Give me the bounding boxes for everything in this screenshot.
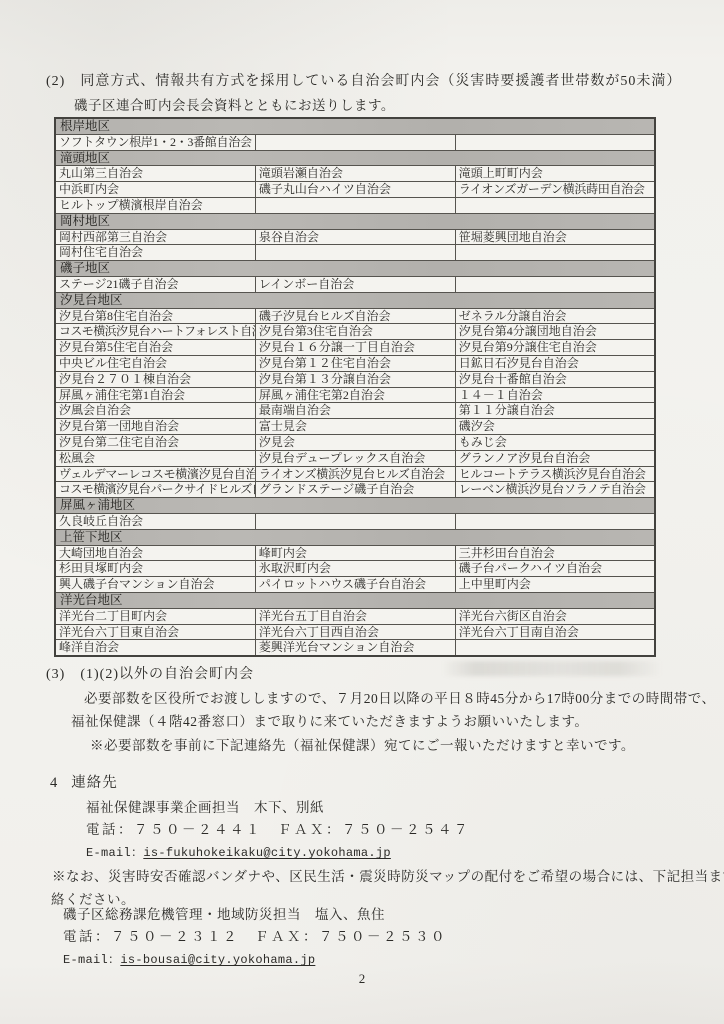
empty-cell xyxy=(455,134,655,150)
association-cell: 日鉱日石汐見台自治会 xyxy=(455,355,655,371)
table-row: 汐風会自治会最南端自治会第１１分譲自治会 xyxy=(55,403,655,419)
association-cell: 第１１分譲自治会 xyxy=(455,403,655,419)
association-cell: 峰町内会 xyxy=(255,545,455,561)
association-cell: もみじ会 xyxy=(455,434,655,450)
association-cell: 磯汐会 xyxy=(455,419,655,435)
association-cell: １４－１自治会 xyxy=(455,387,655,403)
association-cell: 汐見台第１２住宅自治会 xyxy=(255,355,455,371)
section3-body-line1: 必要部数を区役所でお渡ししますので、７月20日以降の平日８時45分から17時00… xyxy=(84,690,715,708)
district-header-cell: 洋光台地区 xyxy=(55,592,655,608)
association-cell: 杉田貝塚町内会 xyxy=(55,561,255,577)
table-row: 興人磯子台マンション自治会パイロットハウス磯子台自治会上中里町内会 xyxy=(55,577,655,593)
table-row: 汐見台第二住宅自治会汐見会もみじ会 xyxy=(55,434,655,450)
association-cell: 富士見会 xyxy=(255,419,455,435)
association-cell: 上中里町内会 xyxy=(455,577,655,593)
page-number: 2 xyxy=(0,971,724,987)
association-cell: 岡村住宅自治会 xyxy=(55,245,255,261)
district-header-cell: 上笹下地区 xyxy=(55,529,655,545)
association-cell: 汐見会 xyxy=(255,434,455,450)
district-header-row: 屏風ヶ浦地区 xyxy=(55,498,655,514)
table-row: 汐見台第一団地自治会富士見会磯汐会 xyxy=(55,419,655,435)
district-header-cell: 磯子地区 xyxy=(55,261,655,277)
association-cell: 磯子汐見台ヒルズ自治会 xyxy=(255,308,455,324)
section2-subheading: 磯子区連合町内会長会資料とともにお送りします。 xyxy=(74,97,395,115)
association-cell: 久良岐丘自治会 xyxy=(55,513,255,529)
association-cell: 洋光台六街区自治会 xyxy=(455,608,655,624)
section4-title: 連絡先 xyxy=(71,775,118,791)
association-cell: ヴェルデマーレコスモ横濱汐見台自治会 xyxy=(55,466,255,482)
association-cell: 汐見台第一団地自治会 xyxy=(55,419,255,435)
association-cell: 汐見台デュープレックス自治会 xyxy=(255,450,455,466)
district-header-row: 岡村地区 xyxy=(55,213,655,229)
association-cell: パイロットハウス磯子台自治会 xyxy=(255,577,455,593)
association-cell: グランドステージ磯子自治会 xyxy=(255,482,455,498)
association-cell: 汐見台２７０１棟自治会 xyxy=(55,371,255,387)
association-cell: ゼネラル分譲自治会 xyxy=(455,308,655,324)
association-cell: ライオンズ横浜汐見台ヒルズ自治会 xyxy=(255,466,455,482)
table-row: コスモ横濱汐見台パークサイドヒルズ自治会グランドステージ磯子自治会レーベン横浜汐… xyxy=(55,482,655,498)
section2-label: (2) xyxy=(46,74,65,89)
association-cell: 汐見台十番館自治会 xyxy=(455,371,655,387)
association-cell: 洋光台五丁目自治会 xyxy=(255,608,455,624)
association-cell: ステージ21磯子自治会 xyxy=(55,276,255,292)
scan-bleedthrough-artifact xyxy=(442,661,662,676)
association-cell: 汐見台第１３分譲自治会 xyxy=(255,371,455,387)
association-cell: 汐見台第4分譲団地自治会 xyxy=(455,324,655,340)
table-row: 屏風ヶ浦住宅第1自治会屏風ヶ浦住宅第2自治会１４－１自治会 xyxy=(55,387,655,403)
section3-heading-line: (3)(1)(2)以外の自治会町内会 xyxy=(46,666,254,684)
contact2-email-line: E-mail：is-bousai@city.yokohama.jp xyxy=(63,951,315,969)
table-row: 洋光台二丁目町内会洋光台五丁目自治会洋光台六街区自治会 xyxy=(55,608,655,624)
association-cell: 中浜町内会 xyxy=(55,182,255,198)
district-header-row: 根岸地区 xyxy=(55,118,655,134)
association-cell: 最南端自治会 xyxy=(255,403,455,419)
empty-cell xyxy=(455,245,655,261)
contact2-email-label: E-mail： xyxy=(63,953,120,967)
jichikai-table: 根岸地区ソフトタウン根岸1・2・3番館自治会滝頭地区丸山第三自治会滝頭岩瀬自治会… xyxy=(54,117,656,657)
association-cell: 汐見台第3住宅自治会 xyxy=(255,324,455,340)
association-cell: 汐見台第二住宅自治会 xyxy=(55,434,255,450)
table-row: ステージ21磯子自治会レインボー自治会 xyxy=(55,276,655,292)
table-row: 久良岐丘自治会 xyxy=(55,513,655,529)
district-header-row: 上笹下地区 xyxy=(55,529,655,545)
contact1-phone-fax: 電話：７５０－２４４１ ＦＡＸ：７５０－２５４７ xyxy=(86,821,470,839)
table-row: 松風会汐見台デュープレックス自治会グランノア汐見台自治会 xyxy=(55,450,655,466)
association-cell: 松風会 xyxy=(55,450,255,466)
district-header-cell: 汐見台地区 xyxy=(55,292,655,308)
district-header-row: 滝頭地区 xyxy=(55,150,655,166)
association-cell: 菱興洋光台マンション自治会 xyxy=(255,640,455,656)
association-cell: 泉谷自治会 xyxy=(255,229,455,245)
association-cell: ソフトタウン根岸1・2・3番館自治会 xyxy=(55,134,255,150)
table-row: 洋光台六丁目東自治会洋光台六丁目西自治会洋光台六丁目南自治会 xyxy=(55,624,655,640)
association-cell: 氷取沢町内会 xyxy=(255,561,455,577)
association-cell: ライオンズガーデン横浜蒔田自治会 xyxy=(455,182,655,198)
empty-cell xyxy=(255,197,455,213)
association-cell: 三井杉田台自治会 xyxy=(455,545,655,561)
empty-cell xyxy=(455,640,655,656)
association-cell: レーベン横浜汐見台ソラノテ自治会 xyxy=(455,482,655,498)
section4-heading-line: 4連絡先 xyxy=(50,774,118,792)
district-header-row: 磯子地区 xyxy=(55,261,655,277)
association-cell: 洋光台六丁目東自治会 xyxy=(55,624,255,640)
empty-cell xyxy=(255,134,455,150)
association-cell: コスモ横浜汐見台ハートフォレスト自治会 xyxy=(55,324,255,340)
table-row: 汐見台２７０１棟自治会汐見台第１３分譲自治会汐見台十番館自治会 xyxy=(55,371,655,387)
table-row: コスモ横浜汐見台ハートフォレスト自治会汐見台第3住宅自治会汐見台第4分譲団地自治… xyxy=(55,324,655,340)
contact1-email-label: E-mail： xyxy=(86,846,143,860)
contact1-email-line: E-mail：is-fukuhokeikaku@city.yokohama.jp xyxy=(86,844,391,862)
section4-note-line1: ※なお、災害時安否確認バンダナや、区民生活・震災時防災マップの配付をご希望の場合… xyxy=(52,868,724,886)
contact1-email-link[interactable]: is-fukuhokeikaku@city.yokohama.jp xyxy=(143,846,391,860)
contact2-email-link[interactable]: is-bousai@city.yokohama.jp xyxy=(120,953,315,967)
table-row: 汐見台第8住宅自治会磯子汐見台ヒルズ自治会ゼネラル分譲自治会 xyxy=(55,308,655,324)
association-cell: 笹堀菱興団地自治会 xyxy=(455,229,655,245)
contact1-department: 福祉保健課事業企画担当 木下、別紙 xyxy=(86,799,324,817)
section3-body-line2: 福祉保健課（４階42番窓口）まで取りに来ていただきますようお願いいたします。 xyxy=(71,713,588,731)
district-header-cell: 滝頭地区 xyxy=(55,150,655,166)
association-cell: 滝頭上町町内会 xyxy=(455,166,655,182)
contact2-department: 磯子区総務課危機管理・地域防災担当 塩入、魚住 xyxy=(63,906,385,924)
contact2-phone-fax: 電話：７５０－２３１２ ＦＡＸ：７５０－２５３０ xyxy=(63,928,447,946)
district-header-row: 汐見台地区 xyxy=(55,292,655,308)
association-cell: 磯子丸山台ハイツ自治会 xyxy=(255,182,455,198)
section3-note: ※必要部数を事前に下記連絡先（福祉保健課）宛てにご一報いただけますと幸いです。 xyxy=(90,737,635,755)
association-cell: 滝頭岩瀬自治会 xyxy=(255,166,455,182)
section3-label: (3) xyxy=(46,667,65,682)
table-row: 汐見台第5住宅自治会汐見台１６分譲一丁目自治会汐見台第9分譲住宅自治会 xyxy=(55,340,655,356)
association-cell: グランノア汐見台自治会 xyxy=(455,450,655,466)
association-cell: 汐見台第8住宅自治会 xyxy=(55,308,255,324)
section3-heading: (1)(2)以外の自治会町内会 xyxy=(80,667,254,682)
empty-cell xyxy=(255,513,455,529)
section2-heading: 同意方式、情報共有方式を採用している自治会町内会（災害時要援護者世帯数が50未満… xyxy=(80,74,681,89)
table-row: ヒルトップ横濱根岸自治会 xyxy=(55,197,655,213)
association-cell: レインボー自治会 xyxy=(255,276,455,292)
empty-cell xyxy=(455,276,655,292)
district-header-cell: 屏風ヶ浦地区 xyxy=(55,498,655,514)
empty-cell xyxy=(255,245,455,261)
table-row: 丸山第三自治会滝頭岩瀬自治会滝頭上町町内会 xyxy=(55,166,655,182)
district-header-cell: 岡村地区 xyxy=(55,213,655,229)
association-cell: 屏風ヶ浦住宅第1自治会 xyxy=(55,387,255,403)
association-cell: 峰洋自治会 xyxy=(55,640,255,656)
table-row: 中浜町内会磯子丸山台ハイツ自治会ライオンズガーデン横浜蒔田自治会 xyxy=(55,182,655,198)
association-cell: 興人磯子台マンション自治会 xyxy=(55,577,255,593)
association-cell: 汐見台１６分譲一丁目自治会 xyxy=(255,340,455,356)
table-row: 中央ビル住宅自治会汐見台第１２住宅自治会日鉱日石汐見台自治会 xyxy=(55,355,655,371)
association-cell: 汐見台第9分譲住宅自治会 xyxy=(455,340,655,356)
association-cell: 中央ビル住宅自治会 xyxy=(55,355,255,371)
association-cell: 丸山第三自治会 xyxy=(55,166,255,182)
table-row: 大崎団地自治会峰町内会三井杉田台自治会 xyxy=(55,545,655,561)
table-row: 杉田貝塚町内会氷取沢町内会磯子台パークハイツ自治会 xyxy=(55,561,655,577)
association-cell: 岡村西部第三自治会 xyxy=(55,229,255,245)
association-cell: 洋光台六丁目南自治会 xyxy=(455,624,655,640)
association-cell: 屏風ヶ浦住宅第2自治会 xyxy=(255,387,455,403)
table-row: 岡村西部第三自治会泉谷自治会笹堀菱興団地自治会 xyxy=(55,229,655,245)
table-row: ソフトタウン根岸1・2・3番館自治会 xyxy=(55,134,655,150)
association-cell: 洋光台二丁目町内会 xyxy=(55,608,255,624)
association-cell: 洋光台六丁目西自治会 xyxy=(255,624,455,640)
district-header-cell: 根岸地区 xyxy=(55,118,655,134)
empty-cell xyxy=(455,513,655,529)
table-row: 峰洋自治会菱興洋光台マンション自治会 xyxy=(55,640,655,656)
association-cell: 汐見台第5住宅自治会 xyxy=(55,340,255,356)
association-cell: ヒルコートテラス横浜汐見台自治会 xyxy=(455,466,655,482)
district-header-row: 洋光台地区 xyxy=(55,592,655,608)
table-row: 岡村住宅自治会 xyxy=(55,245,655,261)
section2-heading-line: (2)同意方式、情報共有方式を採用している自治会町内会（災害時要援護者世帯数が5… xyxy=(46,73,681,91)
association-cell: ヒルトップ横濱根岸自治会 xyxy=(55,197,255,213)
association-cell: コスモ横濱汐見台パークサイドヒルズ自治会 xyxy=(55,482,255,498)
association-cell: 汐風会自治会 xyxy=(55,403,255,419)
association-cell: 磯子台パークハイツ自治会 xyxy=(455,561,655,577)
empty-cell xyxy=(455,197,655,213)
table-row: ヴェルデマーレコスモ横濱汐見台自治会ライオンズ横浜汐見台ヒルズ自治会ヒルコートテ… xyxy=(55,466,655,482)
association-cell: 大崎団地自治会 xyxy=(55,545,255,561)
section4-number: 4 xyxy=(50,775,58,791)
